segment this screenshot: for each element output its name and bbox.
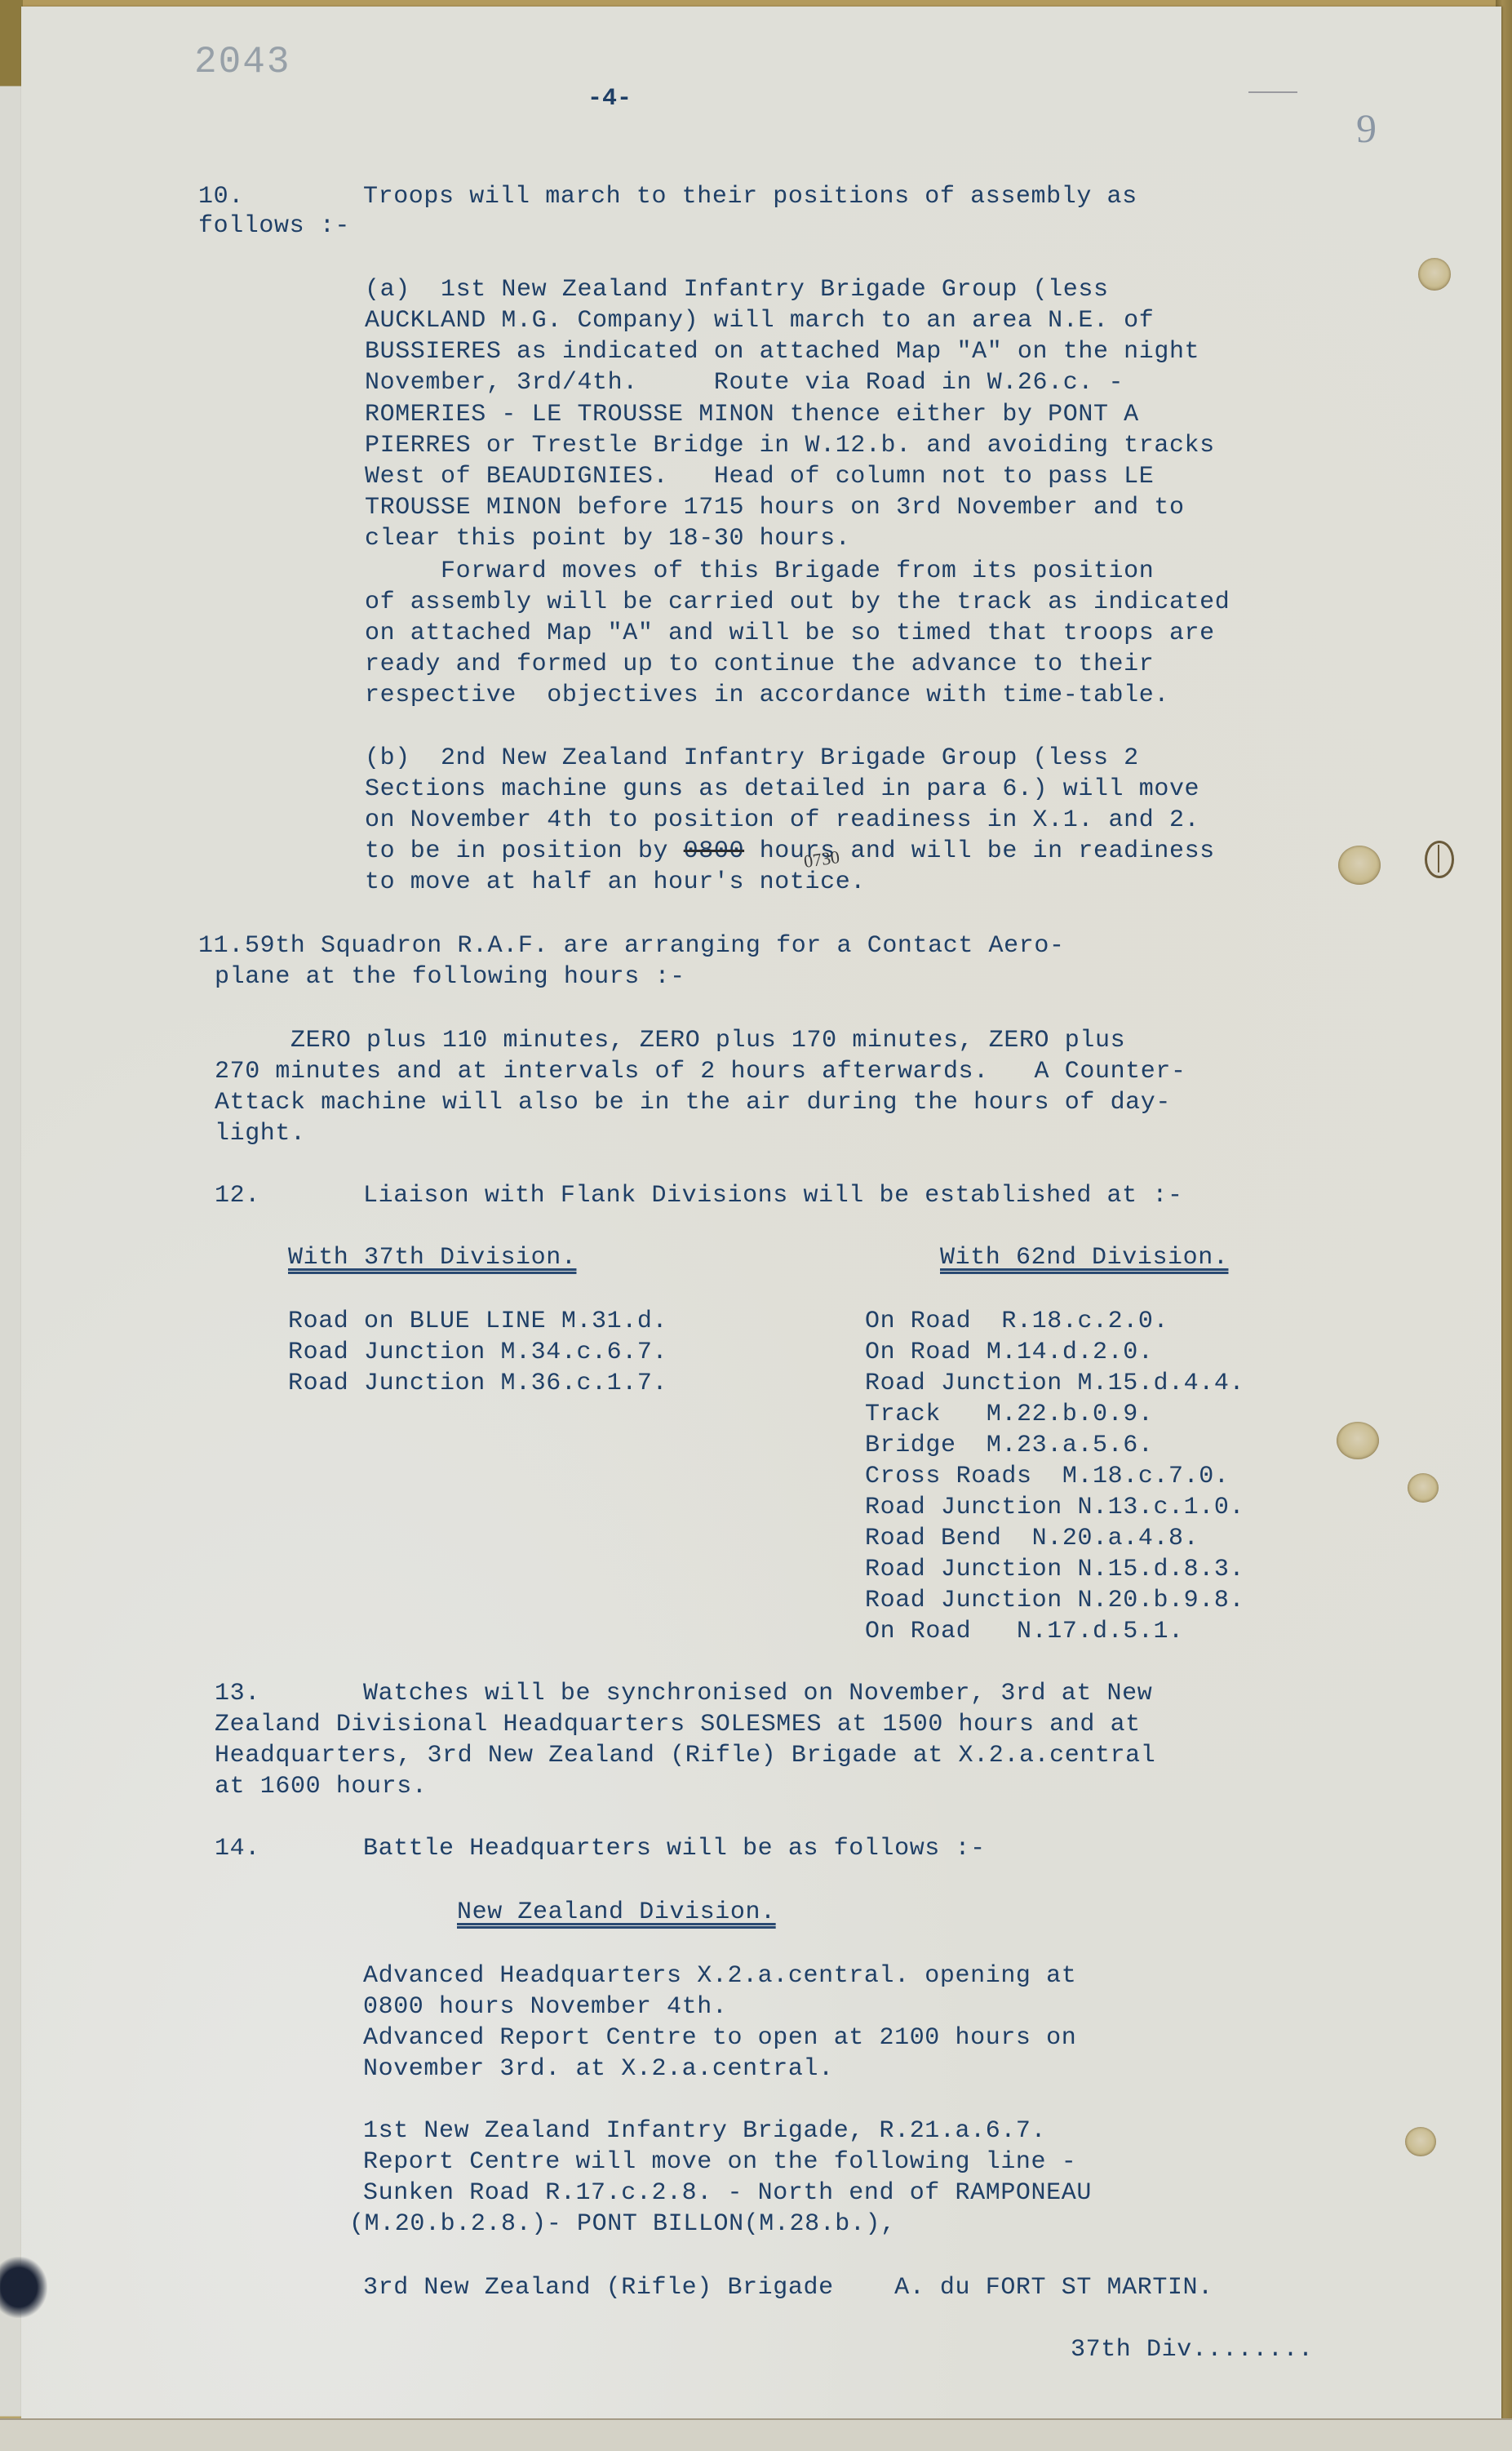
paragraph-10-intro-line2: follows :- (198, 211, 350, 242)
contact-aeroplane-schedule-line: 270 minutes and at intervals of 2 hours … (215, 1056, 1186, 1088)
punch-hole (1408, 1473, 1439, 1503)
liaison-point: Road Junction N.15.d.8.3. (865, 1554, 1244, 1586)
liaison-point: Bridge M.23.a.5.6. (865, 1430, 1153, 1462)
brigade-hq-line: 1st New Zealand Infantry Brigade, R.21.a… (363, 2116, 1046, 2147)
liaison-point: On Road M.14.d.2.0. (865, 1337, 1153, 1369)
column-heading-37th-division: With 37th Division. (288, 1242, 576, 1274)
archive-stamp-number: 2043 (194, 41, 290, 83)
liaison-point: Road Junction M.36.c.1.7. (288, 1368, 667, 1400)
contact-aeroplane-schedule-line: Attack machine will also be in the air d… (215, 1087, 1171, 1119)
liaison-point: Cross Roads M.18.c.7.0. (865, 1461, 1229, 1493)
hq-line: Advanced Headquarters X.2.a.central. ope… (363, 1960, 1076, 1992)
paragraph-14-intro: Battle Headquarters will be as follows :… (363, 1833, 986, 1865)
para-10a-continuation-line: ready and formed up to continue the adva… (365, 649, 1154, 681)
liaison-point: Road Junction N.20.b.9.8. (865, 1585, 1244, 1617)
para-10a-line: TROUSSE MINON before 1715 hours on 3rd N… (365, 492, 1185, 524)
para-10a-line: November, 3rd/4th. Route via Road in W.2… (365, 367, 1124, 399)
paragraph-11-line1: 59th Squadron R.A.F. are arranging for a… (245, 930, 1065, 962)
paragraph-13-line: Zealand Divisional Headquarters SOLESMES… (215, 1709, 1141, 1741)
paragraph-10-intro-line1: Troops will march to their positions of … (363, 181, 1137, 213)
para-10a-line: BUSSIERES as indicated on attached Map "… (365, 336, 1199, 368)
ink-blot (0, 2257, 47, 2318)
folio-number: 9 (1356, 104, 1377, 152)
para-10a-line: (a) 1st New Zealand Infantry Brigade Gro… (365, 274, 1109, 306)
para-10a-line: PIERRES or Trestle Bridge in W.12.b. and… (365, 430, 1215, 462)
hq-line: Advanced Report Centre to open at 2100 h… (363, 2023, 1076, 2054)
nz-division-subheading: New Zealand Division. (457, 1897, 776, 1929)
para-10b-line: (b) 2nd New Zealand Infantry Brigade Gro… (365, 743, 1139, 775)
contact-aeroplane-schedule-line: light. (215, 1118, 306, 1150)
paragraph-10-number: 10. (198, 181, 244, 213)
contact-aeroplane-schedule-line: ZERO plus 110 minutes, ZERO plus 170 min… (215, 1025, 1125, 1057)
para-10a-line: clear this point by 18-30 hours. (365, 523, 850, 555)
paragraph-13-number: 13. (215, 1678, 260, 1710)
liaison-point: Road Junction M.15.d.4.4. (865, 1368, 1244, 1400)
paragraph-12-number: 12. (215, 1180, 260, 1212)
paragraph-14-number: 14. (215, 1833, 260, 1865)
continuation-catchword: 37th Div........ (1071, 2334, 1314, 2366)
para-10b-line: on November 4th to position of readiness… (365, 805, 1199, 837)
paragraph-13-line: Headquarters, 3rd New Zealand (Rifle) Br… (215, 1740, 1155, 1772)
brigade-hq-line: (M.20.b.2.8.)- PONT BILLON(M.28.b.), (349, 2209, 896, 2240)
page-marker: -4- (588, 85, 632, 113)
para-10a-line: West of BEAUDIGNIES. Head of column not … (365, 461, 1154, 493)
punch-hole (1338, 846, 1381, 885)
punch-hole (1418, 258, 1451, 291)
hq-line: November 3rd. at X.2.a.central. (363, 2054, 834, 2085)
liaison-point: Road Bend N.20.a.4.8. (865, 1523, 1199, 1555)
paragraph-13-line1: Watches will be synchronised on November… (363, 1678, 1152, 1710)
third-brigade-headquarters: 3rd New Zealand (Rifle) Brigade A. du FO… (363, 2272, 1213, 2304)
paragraph-11-line2: plane at the following hours :- (215, 961, 685, 993)
para-10b-line: to be in position by 0800 hours and will… (365, 836, 1215, 868)
para-10a-line: ROMERIES - LE TROUSSE MINON thence eithe… (365, 399, 1139, 431)
para-10b-line4-start: to be in position by (365, 837, 684, 865)
liaison-point: Road Junction M.34.c.6.7. (288, 1337, 667, 1369)
left-backing-board (0, 0, 23, 2451)
para-10a-continuation-line: respective objectives in accordance with… (365, 680, 1169, 712)
hq-line: 0800 hours November 4th. (363, 1991, 727, 2023)
para-10b-line: Sections machine guns as detailed in par… (365, 774, 1199, 806)
liaison-point: On Road N.17.d.5.1. (865, 1616, 1184, 1648)
liaison-point: On Road R.18.c.2.0. (865, 1306, 1168, 1338)
para-10b-line: to move at half an hour's notice. (365, 867, 866, 899)
liaison-point: Road on BLUE LINE M.31.d. (288, 1306, 667, 1338)
column-heading-62nd-division: With 62nd Division. (940, 1242, 1228, 1274)
bottom-page-edge (0, 2418, 1512, 2451)
punch-hole (1405, 2127, 1436, 2156)
para-10a-line: AUCKLAND M.G. Company) will march to an … (365, 305, 1154, 337)
brigade-hq-line: Report Centre will move on the following… (363, 2147, 1076, 2178)
paragraph-13-line: at 1600 hours. (215, 1771, 427, 1803)
brigade-hq-line: Sunken Road R.17.c.2.8. - North end of R… (363, 2178, 1092, 2209)
paragraph-11-number: 11. (198, 930, 244, 962)
para-10a-continuation-line: of assembly will be carried out by the t… (365, 587, 1230, 619)
struck-out-time: 0800 (684, 837, 744, 865)
margin-dash-mark (1248, 91, 1297, 93)
paragraph-12-intro: Liaison with Flank Divisions will be est… (363, 1180, 1183, 1212)
punch-hole (1337, 1422, 1379, 1459)
para-10a-continuation-line: Forward moves of this Brigade from its p… (365, 556, 1154, 588)
liaison-point: Road Junction N.13.c.1.0. (865, 1492, 1244, 1524)
para-10a-continuation-line: on attached Map "A" and will be so timed… (365, 618, 1215, 650)
liaison-point: Track M.22.b.0.9. (865, 1399, 1153, 1431)
binder-ring-hole (1425, 841, 1454, 878)
